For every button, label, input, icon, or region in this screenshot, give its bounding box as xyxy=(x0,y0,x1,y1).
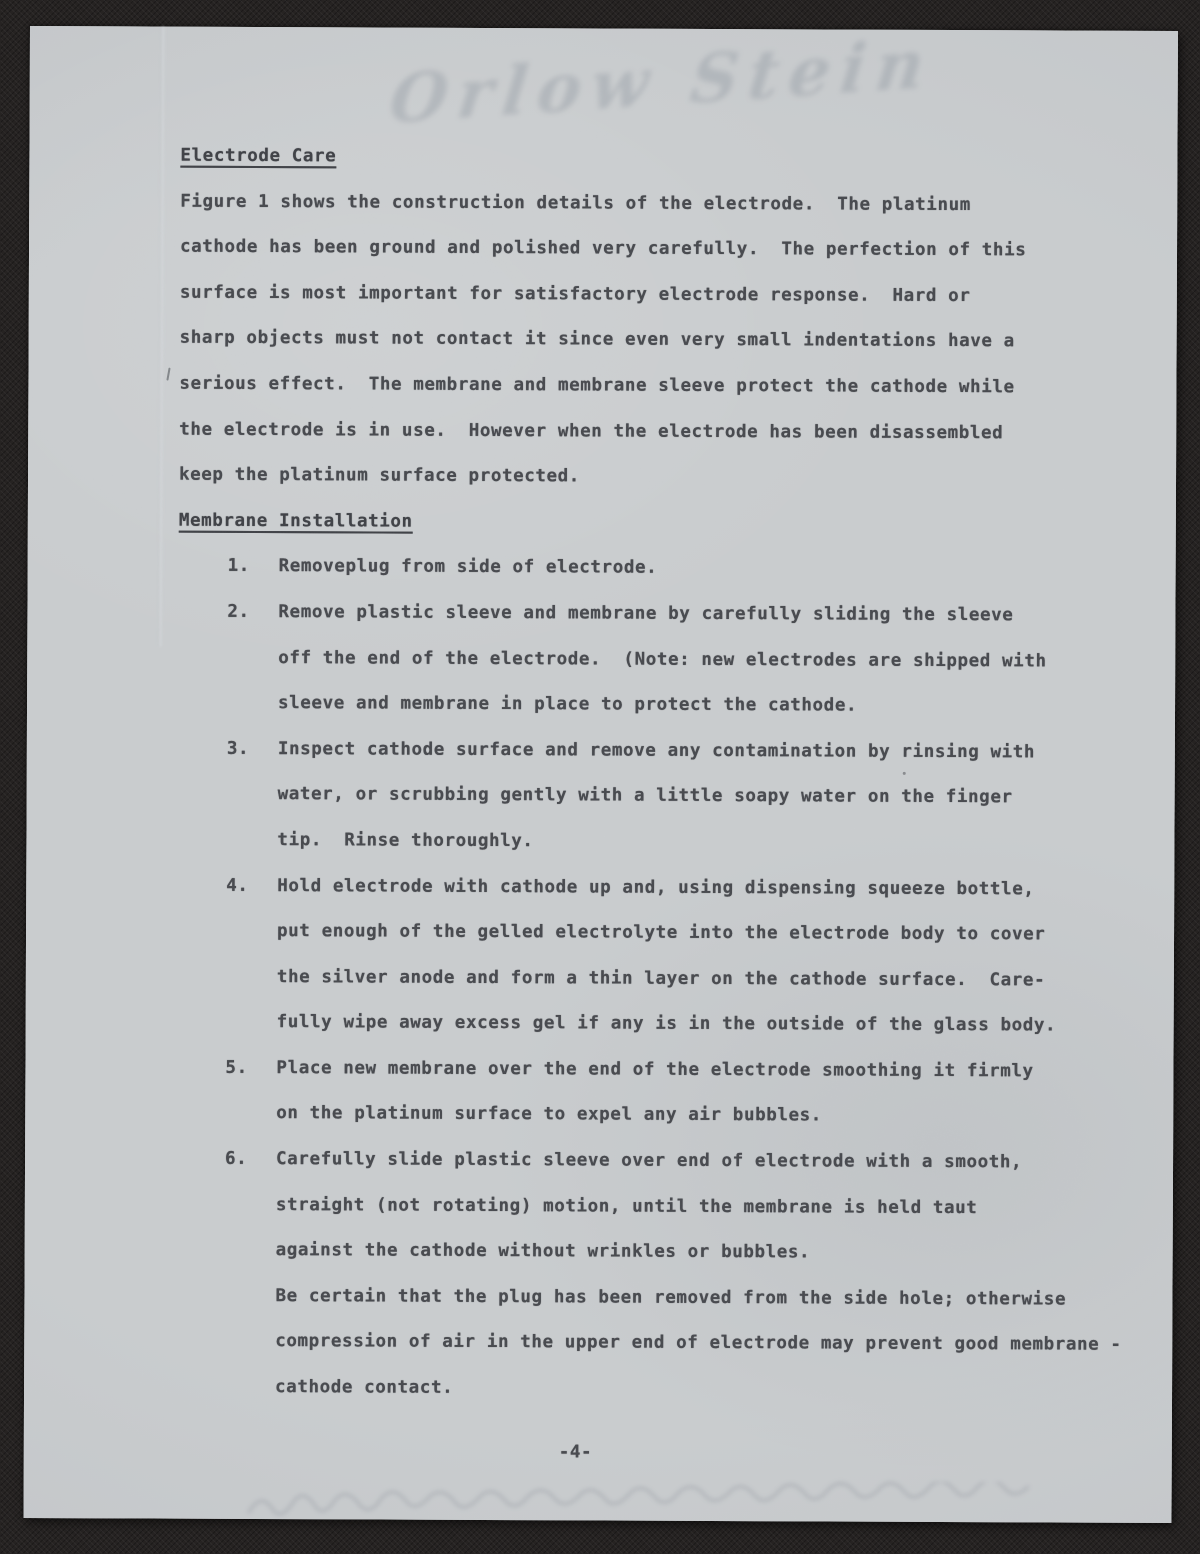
text-line: serious effect. The membrane and membran… xyxy=(28,372,1176,423)
text-line: against the cathode without wrinkles or … xyxy=(25,1238,1173,1289)
text-line: the silver anode and form a thin layer o… xyxy=(26,965,1174,1016)
list-item-2: 2.Remove plastic sleeve and membrane by … xyxy=(27,600,1175,651)
text-line: straight (not rotating) motion, until th… xyxy=(25,1193,1173,1244)
text-line: cathode contact. xyxy=(24,1375,1172,1426)
list-number: 6. xyxy=(225,1148,247,1170)
typewritten-content: Electrode Care Figure 1 shows the constr… xyxy=(24,144,1178,1489)
section-heading-membrane-installation: Membrane Installation xyxy=(28,509,1176,560)
text-line: keep the platinum surface protected. xyxy=(28,463,1176,514)
bleedthrough-handwriting-bottom xyxy=(243,1479,1183,1529)
list-number: 2. xyxy=(227,601,249,623)
list-item-1: 1.Removeplug from side of electrode. xyxy=(27,554,1175,605)
text-line: water, or scrubbing gently with a little… xyxy=(27,782,1175,833)
text-line: the electrode is in use. However when th… xyxy=(28,418,1176,469)
text-line: tip. Rinse thoroughly. xyxy=(26,828,1174,879)
text-line: Figure 1 shows the construction details … xyxy=(29,190,1177,241)
text-line: sharp objects must not contact it since … xyxy=(28,326,1176,377)
scanned-document-page: Orlow Stein Electrode Care Figure 1 show… xyxy=(23,26,1177,1523)
list-number: 4. xyxy=(226,874,248,896)
text-line: Be certain that the plug has been remove… xyxy=(24,1284,1172,1335)
text-line: put enough of the gelled electrolyte int… xyxy=(26,919,1174,970)
text-line: on the platinum surface to expel any air… xyxy=(25,1101,1173,1152)
text-line: compression of air in the upper end of e… xyxy=(24,1329,1172,1380)
text-line: cathode has been ground and polished ver… xyxy=(29,235,1177,286)
text-line: off the end of the electrode. (Note: new… xyxy=(27,646,1175,697)
list-number: 3. xyxy=(227,738,249,760)
text-line: sleeve and membrane in place to protect … xyxy=(27,691,1175,742)
list-number: 1. xyxy=(228,555,250,577)
text-line: fully wipe away excess gel if any is in … xyxy=(26,1010,1174,1061)
text-line: surface is most important for satisfacto… xyxy=(29,281,1177,332)
list-item-3: 3.Inspect cathode surface and remove any… xyxy=(27,737,1175,788)
list-number: 5. xyxy=(225,1057,247,1079)
list-item-5: 5.Place new membrane over the end of the… xyxy=(25,1056,1173,1107)
list-item-6: 6.Carefully slide plastic sleeve over en… xyxy=(25,1147,1173,1198)
section-heading-electrode-care: Electrode Care xyxy=(29,144,1177,195)
bleedthrough-handwriting-top: Orlow Stein xyxy=(386,10,1153,138)
list-item-4: 4.Hold electrode with cathode up and, us… xyxy=(26,873,1174,924)
